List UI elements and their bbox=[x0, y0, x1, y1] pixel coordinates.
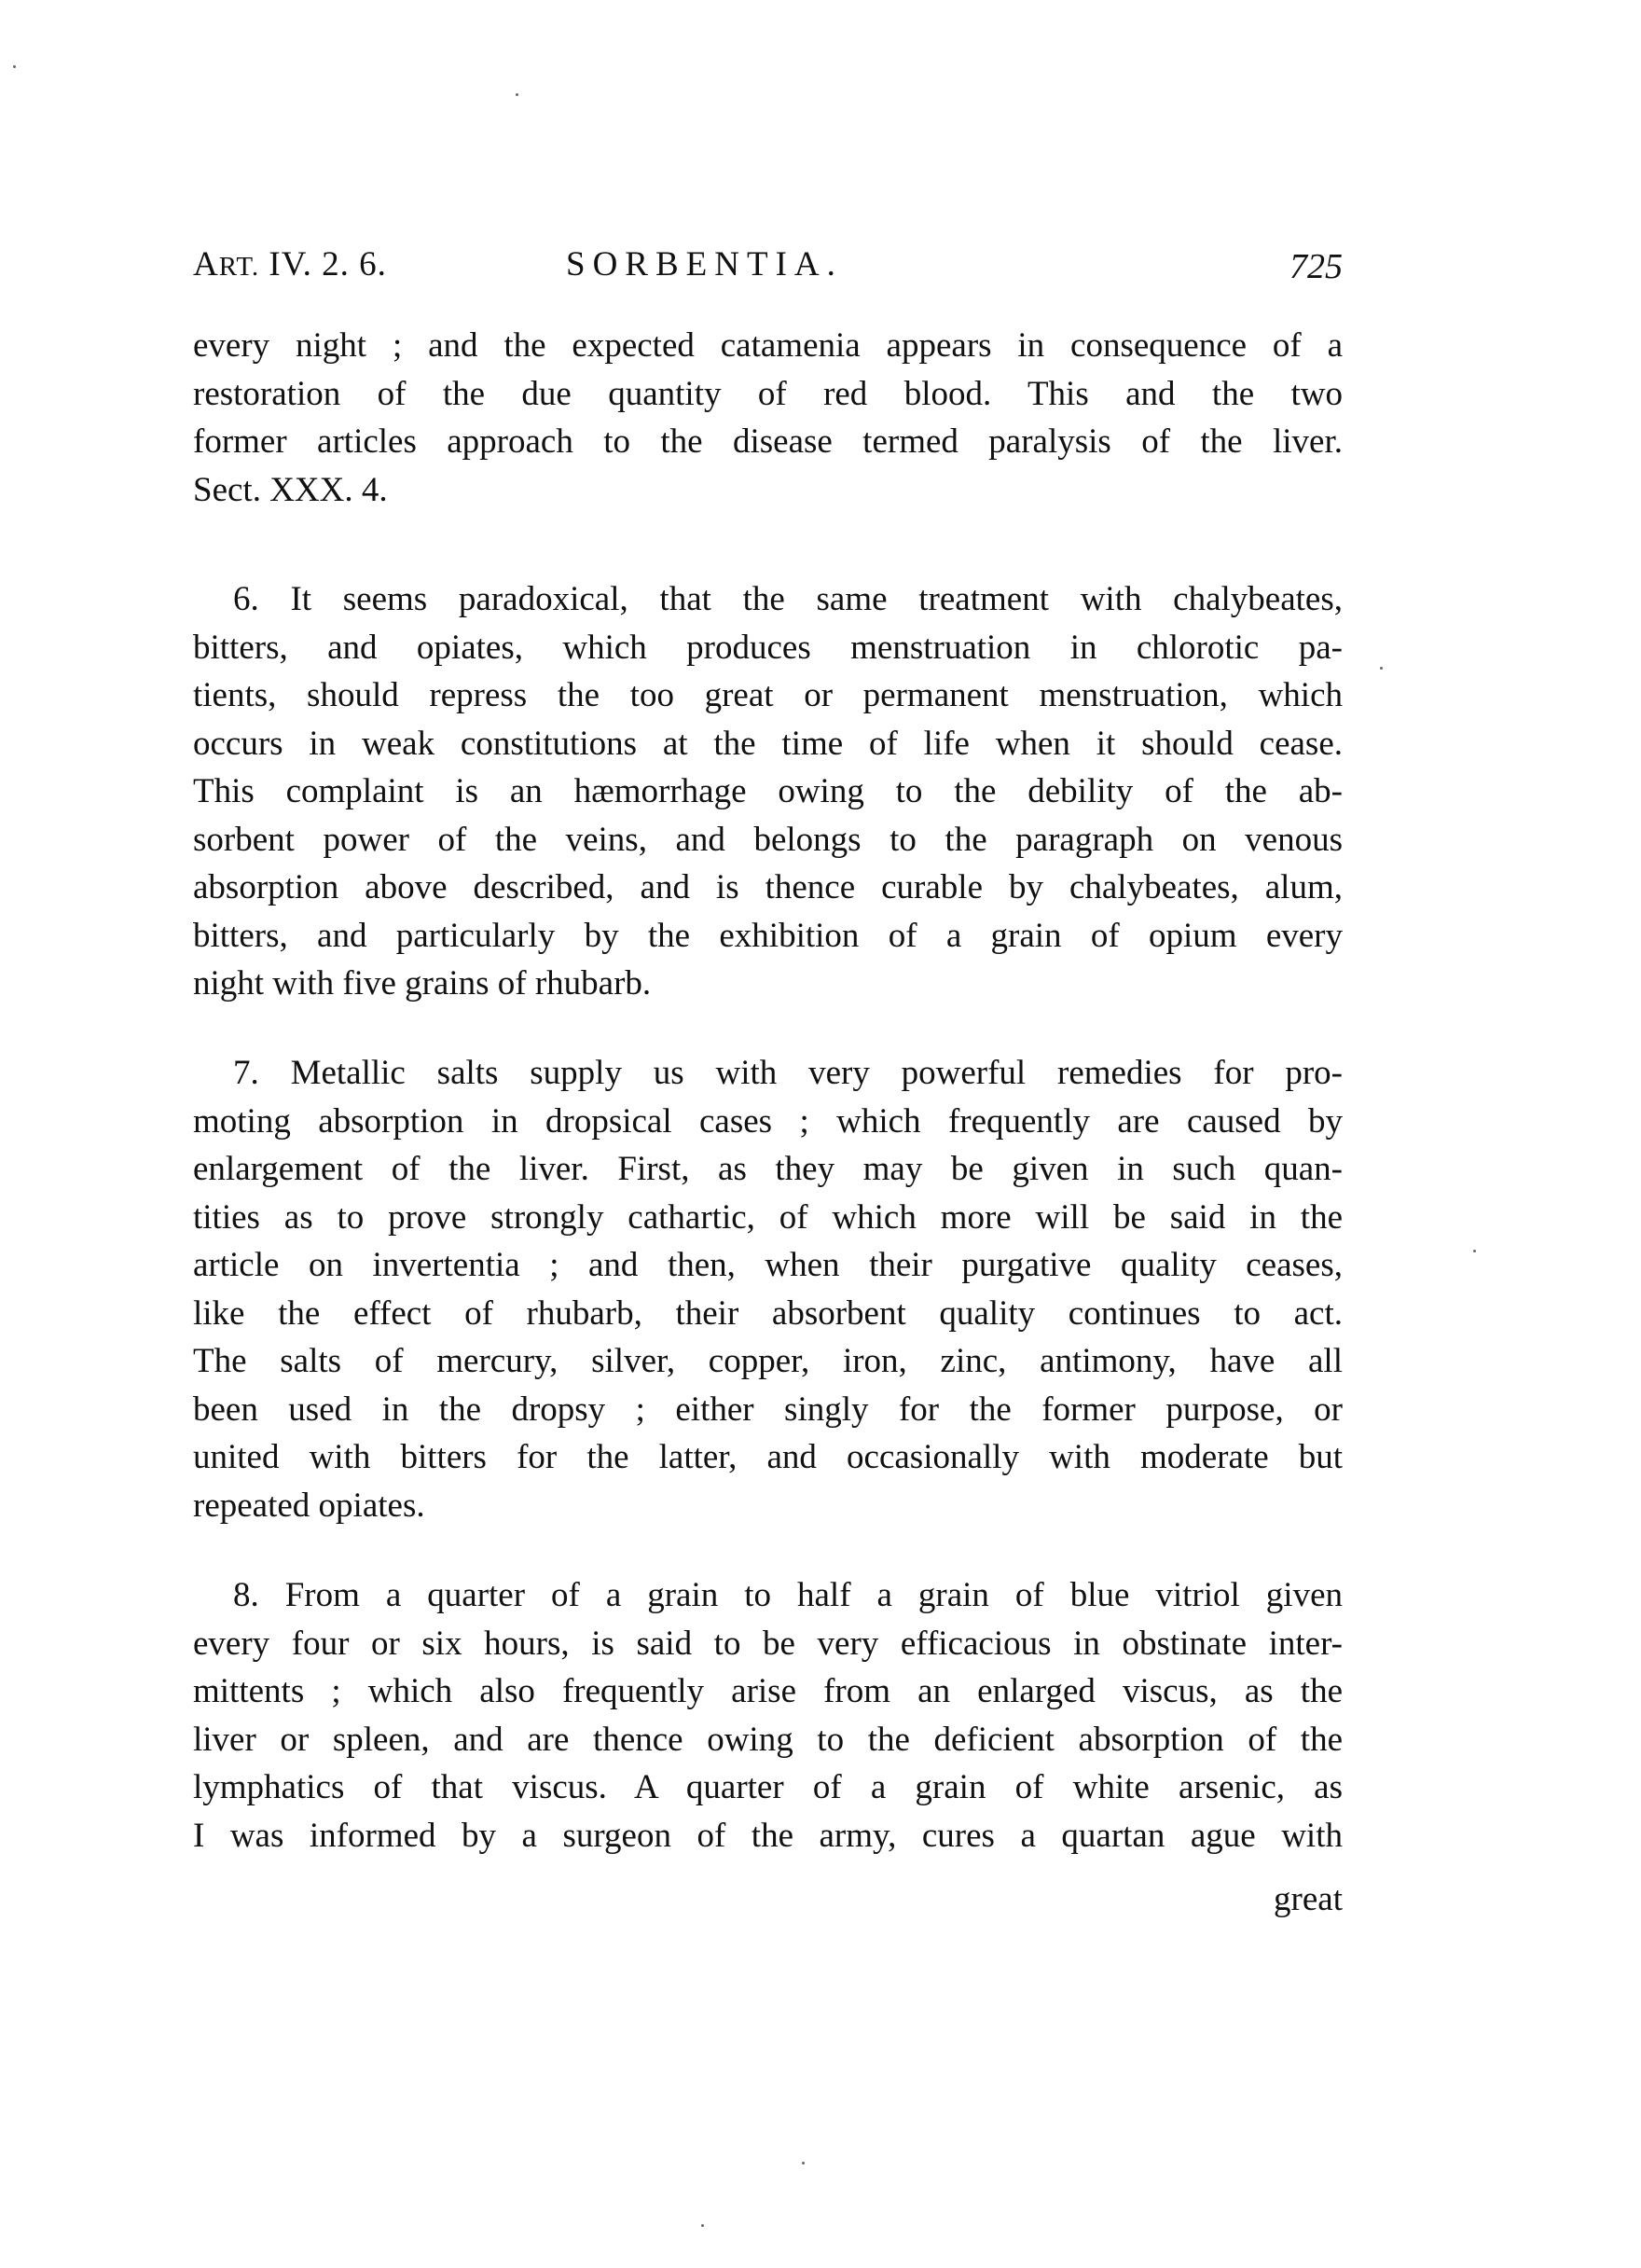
text-line: liver or spleen, and are thence owing to… bbox=[193, 1716, 1343, 1764]
book-page: ART. IV. 2. 6. SORBENTIA. 725 every nigh… bbox=[0, 0, 1641, 2268]
text-line: This complaint is an hæmorrhage owing to… bbox=[193, 768, 1343, 816]
paragraph-8: 8. From a quarter of a grain to half a g… bbox=[193, 1571, 1343, 1860]
text-line: every four or six hours, is said to be v… bbox=[193, 1620, 1343, 1668]
text-line: bitters, and particularly by the exhibit… bbox=[193, 912, 1343, 961]
scan-speck bbox=[1380, 667, 1383, 670]
text-line: 8. From a quarter of a grain to half a g… bbox=[193, 1571, 1343, 1620]
text-line: tities as to prove strongly cathartic, o… bbox=[193, 1194, 1343, 1242]
text-line: absorption above described, and is thenc… bbox=[193, 864, 1343, 912]
text-line: every night ; and the expected catamenia… bbox=[193, 322, 1343, 370]
scan-speck bbox=[13, 65, 16, 68]
scan-speck bbox=[802, 2162, 805, 2164]
page-number: 725 bbox=[1289, 246, 1343, 287]
article-reference-smallcaps: RT. bbox=[219, 252, 259, 282]
text-line: sorbent power of the veins, and belongs … bbox=[193, 816, 1343, 864]
section-title: SORBENTIA. bbox=[566, 244, 843, 284]
text-line: moting absorption in dropsical cases ; w… bbox=[193, 1098, 1343, 1146]
article-reference-number: IV. 2. 6. bbox=[269, 245, 387, 283]
text-line: like the effect of rhubarb, their absorb… bbox=[193, 1290, 1343, 1338]
text-line: article on invertentia ; and then, when … bbox=[193, 1241, 1343, 1290]
text-line: bitters, and opiates, which produces men… bbox=[193, 624, 1343, 672]
catchword: great bbox=[193, 1879, 1343, 1919]
text-line: lymphatics of that viscus. A quarter of … bbox=[193, 1763, 1343, 1812]
paragraph-6: 6. It seems paradoxical, that the same t… bbox=[193, 575, 1343, 1008]
text-line: 7. Metallic salts supply us with very po… bbox=[193, 1049, 1343, 1098]
text-line: night with five grains of rhubarb. bbox=[193, 960, 1343, 1008]
text-line: been used in the dropsy ; either singly … bbox=[193, 1386, 1343, 1434]
text-line: Sect. XXX. 4. bbox=[193, 466, 1343, 515]
text-line: restoration of the due quantity of red b… bbox=[193, 370, 1343, 419]
scan-speck bbox=[701, 2224, 704, 2227]
text-line: repeated opiates. bbox=[193, 1482, 1343, 1530]
paragraph-continuation: every night ; and the expected catamenia… bbox=[193, 322, 1343, 514]
text-line: united with bitters for the latter, and … bbox=[193, 1433, 1343, 1482]
article-reference: ART. IV. 2. 6. bbox=[193, 244, 387, 284]
scan-speck bbox=[516, 93, 518, 96]
text-line: enlargement of the liver. First, as they… bbox=[193, 1145, 1343, 1194]
scan-speck bbox=[1473, 1250, 1476, 1252]
text-line: mittents ; which also frequently arise f… bbox=[193, 1667, 1343, 1716]
text-line: 6. It seems paradoxical, that the same t… bbox=[193, 575, 1343, 624]
text-line: former articles approach to the disease … bbox=[193, 418, 1343, 466]
text-line: tients, should repress the too great or … bbox=[193, 671, 1343, 720]
running-head: ART. IV. 2. 6. SORBENTIA. 725 bbox=[193, 244, 1343, 291]
text-line: I was informed by a surgeon of the army,… bbox=[193, 1812, 1343, 1860]
text-line: occurs in weak constitutions at the time… bbox=[193, 720, 1343, 768]
text-line: The salts of mercury, silver, copper, ir… bbox=[193, 1337, 1343, 1386]
article-reference-prefix: A bbox=[193, 245, 219, 283]
paragraph-7: 7. Metallic salts supply us with very po… bbox=[193, 1049, 1343, 1529]
